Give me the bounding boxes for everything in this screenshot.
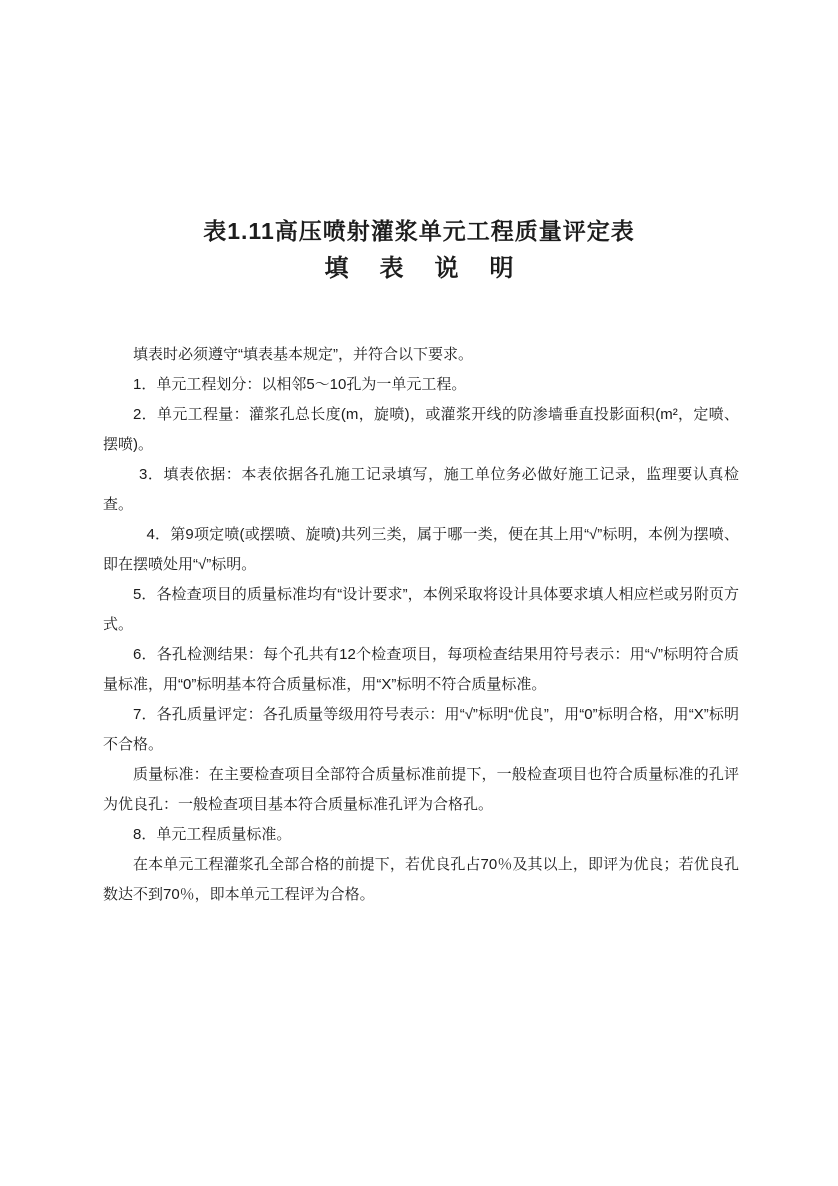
paragraph-item-7: 7．各孔质量评定：各孔质量等级用符号表示：用“√”标明“优良”，用“0”标明合格…	[103, 700, 739, 760]
paragraph-quality-standard: 质量标准：在主要检查项目全部符合质量标准前提下，一般检查项目也符合质量标准的孔评…	[103, 760, 739, 820]
paragraph-item-1: 1．单元工程划分：以相邻5～10孔为一单元工程。	[103, 370, 739, 400]
paragraph-item-4: 4．第9项定喷(或摆喷、旋喷)共列三类，属于哪一类，便在其上用“√”标明，本例为…	[103, 520, 739, 580]
instructions-body: 填表时必须遵守“填表基本规定”，并符合以下要求。 1．单元工程划分：以相邻5～1…	[103, 340, 739, 910]
paragraph-intro: 填表时必须遵守“填表基本规定”，并符合以下要求。	[103, 340, 739, 370]
paragraph-unit-standard: 在本单元工程灌浆孔全部合格的前提下，若优良孔占70％及其以上，即评为优良；若优良…	[103, 850, 739, 910]
paragraph-item-3: 3．填表依据：本表依据各孔施工记录填写，施工单位务必做好施工记录，监理要认真检查…	[103, 460, 739, 520]
document-page: 表1.11高压喷射灌浆单元工程质量评定表 填表说明 填表时必须遵守“填表基本规定…	[0, 0, 838, 1186]
paragraph-item-5: 5．各检查项目的质量标准均有“设计要求”，本例采取将设计具体要求填人相应栏或另附…	[103, 580, 739, 640]
document-subtitle: 填表说明	[0, 257, 838, 281]
document-title: 表1.11高压喷射灌浆单元工程质量评定表	[0, 220, 838, 243]
paragraph-item-6: 6．各孔检测结果：每个孔共有12个检查项目，每项检查结果用符号表示：用“√”标明…	[103, 640, 739, 700]
paragraph-item-8: 8．单元工程质量标准。	[103, 820, 739, 850]
paragraph-item-2: 2．单元工程量：灌浆孔总长度(m，旋喷)，或灌浆开线的防渗墙垂直投影面积(m²，…	[103, 400, 739, 460]
